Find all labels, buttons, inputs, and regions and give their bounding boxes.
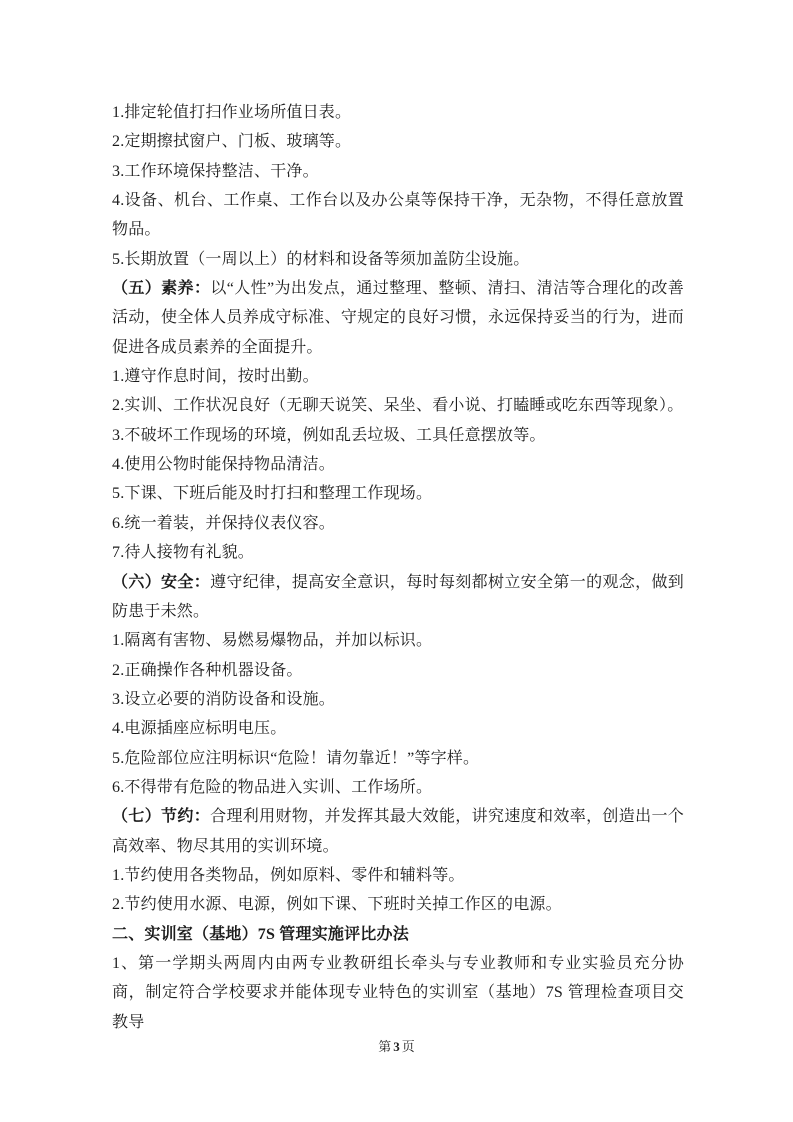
list-item: 1、第一学期头两周内由两专业教研组长牵头与专业教师和专业实验员充分协商，制定符合… <box>112 949 684 1037</box>
list-item: 1.遵守作息时间，按时出勤。 <box>112 362 684 391</box>
list-item-text: 5.长期放置（一周以上）的材料和设备等须加盖防尘设施。 <box>112 251 529 268</box>
list-item-text: 1.节约使用各类物品，例如原料、零件和辅料等。 <box>112 867 465 884</box>
list-item-text: 4.设备、机台、工作桌、工作台以及办公桌等保持干净，无杂物，不得任意放置物品。 <box>112 192 684 238</box>
section-subheading-paragraph: （五）素养：以“人性”为出发点，通过整理、整顿、清扫、清洁等合理化的改善活动，使… <box>112 274 684 362</box>
page-number-prefix: 第 <box>378 1039 391 1054</box>
document-body: 1.排定轮值打扫作业场所值日表。2.定期擦拭窗户、门板、玻璃等。3.工作环境保持… <box>112 98 684 1037</box>
section-subheading-paragraph: （七）节约：合理利用财物，并发挥其最大效能，讲究速度和效率，创造出一个高效率、物… <box>112 802 684 861</box>
list-item-text: 1.遵守作息时间，按时出勤。 <box>112 368 319 385</box>
page-footer: 第3页 <box>0 1036 793 1055</box>
subheading-label: （五）素养： <box>112 280 210 297</box>
list-item-text: 2.实训、工作状况良好（无聊天说笑、呆坐、看小说、打瞌睡或吃东西等现象）。 <box>112 397 683 414</box>
list-item: 3.工作环境保持整洁、干净。 <box>112 157 684 186</box>
list-item: 1.隔离有害物、易燃易爆物品，并加以标识。 <box>112 626 684 655</box>
list-item-text: 1.隔离有害物、易燃易爆物品，并加以标识。 <box>112 632 432 649</box>
list-item-text: 3.工作环境保持整洁、干净。 <box>112 163 319 180</box>
list-item: 3.设立必要的消防设备和设施。 <box>112 685 684 714</box>
list-item: 7.待人接物有礼貌。 <box>112 538 684 567</box>
list-item: 5.长期放置（一周以上）的材料和设备等须加盖防尘设施。 <box>112 245 684 274</box>
list-item-text: 5.下课、下班后能及时打扫和整理工作现场。 <box>112 485 432 502</box>
list-item-text: 2.节约使用水源、电源，例如下课、下班时关掉工作区的电源。 <box>112 896 562 913</box>
list-item: 4.使用公物时能保持物品清洁。 <box>112 450 684 479</box>
list-item-text: 5.危险部位应注明标识“危险！请勿靠近！”等字样。 <box>112 750 479 767</box>
list-item: 2.定期擦拭窗户、门板、玻璃等。 <box>112 127 684 156</box>
subheading-label: （七）节约： <box>112 808 210 825</box>
list-item: 6.统一着装，并保持仪表仪容。 <box>112 509 684 538</box>
list-item-text: 3.不破坏工作现场的环境，例如乱丢垃圾、工具任意摆放等。 <box>112 427 546 444</box>
section-heading: 二、实训室（基地）7S 管理实施评比办法 <box>112 920 684 949</box>
page-number-label: 第3页 <box>378 1039 415 1054</box>
list-item: 1.排定轮值打扫作业场所值日表。 <box>112 98 684 127</box>
list-item: 2.正确操作各种机器设备。 <box>112 656 684 685</box>
subheading-label: （六）安全： <box>112 574 210 591</box>
list-item: 3.不破坏工作现场的环境，例如乱丢垃圾、工具任意摆放等。 <box>112 421 684 450</box>
list-item: 1.节约使用各类物品，例如原料、零件和辅料等。 <box>112 861 684 890</box>
section-subheading-paragraph: （六）安全：遵守纪律，提高安全意识，每时每刻都树立安全第一的观念，做到防患于未然… <box>112 568 684 627</box>
list-item: 4.电源插座应标明电压。 <box>112 714 684 743</box>
list-item-text: 6.不得带有危险的物品进入实训、工作场所。 <box>112 779 432 796</box>
list-item-text: 2.正确操作各种机器设备。 <box>112 662 303 679</box>
list-item: 4.设备、机台、工作桌、工作台以及办公桌等保持干净，无杂物，不得任意放置物品。 <box>112 186 684 245</box>
document-page: 1.排定轮值打扫作业场所值日表。2.定期擦拭窗户、门板、玻璃等。3.工作环境保持… <box>0 0 793 1122</box>
list-item-text: 6.统一着装，并保持仪表仪容。 <box>112 515 335 532</box>
list-item: 5.危险部位应注明标识“危险！请勿靠近！”等字样。 <box>112 744 684 773</box>
list-item-text: 7.待人接物有礼貌。 <box>112 544 254 561</box>
list-item: 6.不得带有危险的物品进入实训、工作场所。 <box>112 773 684 802</box>
list-item-text: 1、第一学期头两周内由两专业教研组长牵头与专业教师和专业实验员充分协商，制定符合… <box>112 955 684 1031</box>
section-heading-text: 二、实训室（基地）7S 管理实施评比办法 <box>112 926 409 943</box>
list-item: 5.下课、下班后能及时打扫和整理工作现场。 <box>112 479 684 508</box>
list-item-text: 2.定期擦拭窗户、门板、玻璃等。 <box>112 133 351 150</box>
page-number: 3 <box>393 1039 400 1054</box>
list-item-text: 3.设立必要的消防设备和设施。 <box>112 691 335 708</box>
list-item-text: 1.排定轮值打扫作业场所值日表。 <box>112 104 351 121</box>
page-number-suffix: 页 <box>402 1039 415 1054</box>
list-item-text: 4.电源插座应标明电压。 <box>112 720 286 737</box>
list-item: 2.节约使用水源、电源，例如下课、下班时关掉工作区的电源。 <box>112 890 684 919</box>
list-item-text: 4.使用公物时能保持物品清洁。 <box>112 456 335 473</box>
list-item: 2.实训、工作状况良好（无聊天说笑、呆坐、看小说、打瞌睡或吃东西等现象）。 <box>112 391 684 420</box>
